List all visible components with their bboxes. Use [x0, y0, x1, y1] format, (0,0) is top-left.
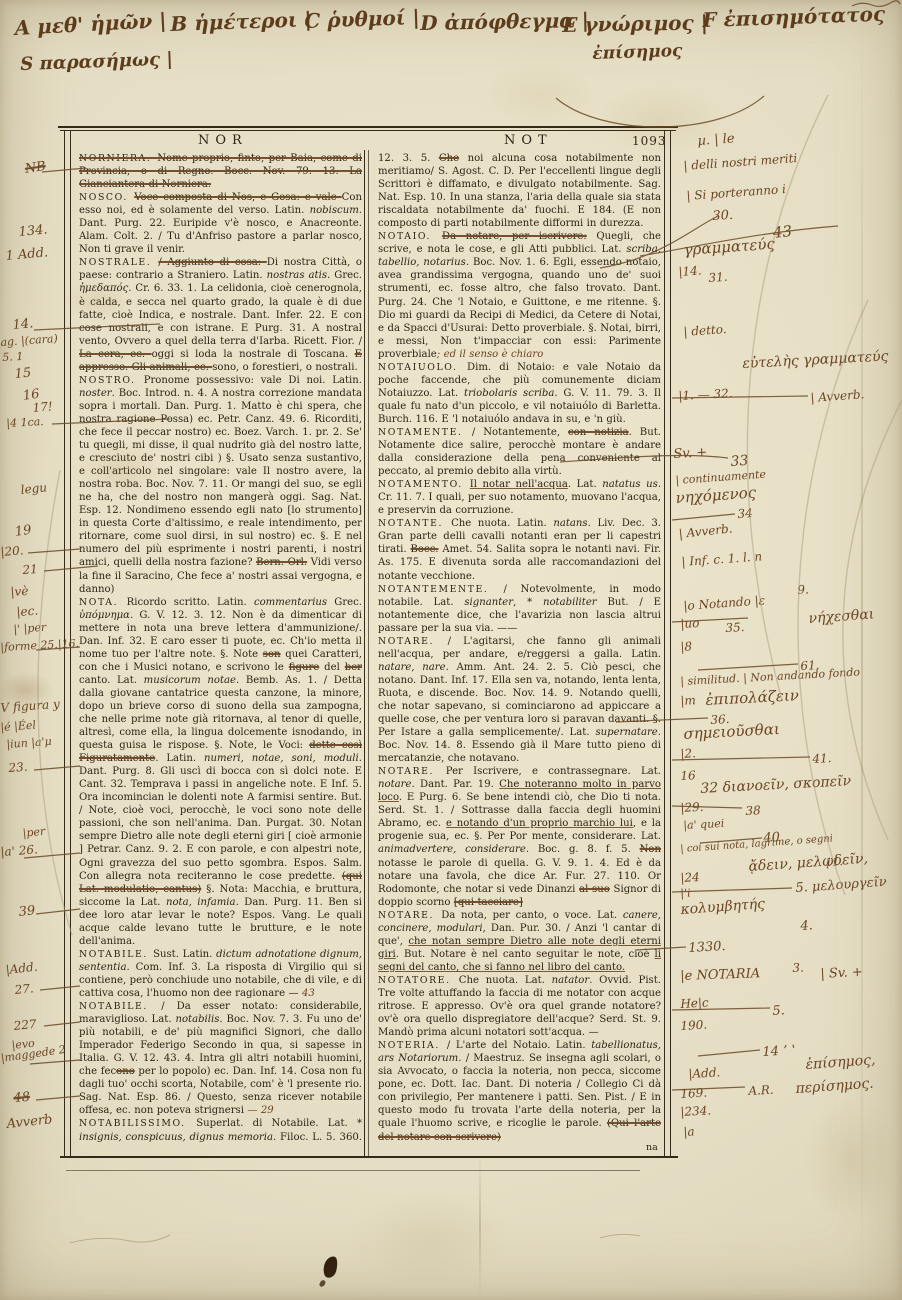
margin-note: ἐπίσημος — [592, 41, 683, 64]
margin-note: 5. — [772, 1003, 785, 1019]
margin-note: 43 — [772, 222, 793, 242]
margin-note: 4. — [800, 918, 813, 934]
margin-note: νηχόμενος — [675, 483, 757, 507]
margin-note: C ῥυθμοί | — [304, 5, 420, 33]
margin-note: | Inf. c. 1. l. n — [681, 549, 763, 569]
entry-text: nobiscum — [310, 205, 359, 216]
margin-note: 15 — [14, 366, 32, 382]
entry-text: al suo — [579, 884, 610, 895]
entry-text: nota, infamia — [166, 897, 236, 908]
entry-headword: NOSTRALE. — [79, 257, 158, 268]
entry-text: . But. Notare è nel canto seguitar le no… — [396, 949, 655, 960]
margin-note: |29. — [680, 800, 704, 815]
entry-headword: NOSCO. — [79, 192, 134, 203]
dictionary-entry: 12. 3. 5. Che noi alcuna cosa notabilmen… — [378, 152, 661, 230]
left-column: NORNIERA. Nome proprio, finto, per Baia,… — [79, 152, 362, 1144]
margin-note: 33 — [730, 453, 749, 470]
margin-note: 14 ʼ ʽ — [762, 1043, 796, 1060]
margin-note: Α μεθ' ἡμῶν | — [14, 8, 167, 40]
dictionary-entry: NOTANTEMENTE. / Notevolmente, in modo no… — [378, 583, 661, 635]
margin-note: νήχεσθαι — [808, 606, 875, 627]
margin-note: Ε γνώριμος | — [562, 10, 708, 37]
entry-headword: NORNIERA. — [79, 153, 157, 164]
entry-text: natator — [552, 975, 590, 986]
bottom-scribbles — [70, 1234, 640, 1243]
dictionary-entry: NOTATORE. Che nuota. Lat. natator. Ovvid… — [378, 974, 661, 1039]
margin-note: 21 — [22, 562, 38, 577]
entry-text: e notando d'un proprio marchio lui — [446, 818, 633, 829]
margin-note: |e NOTARIA — [680, 966, 760, 984]
entry-text: notare — [378, 779, 411, 790]
margin-note: A.R. — [748, 1083, 774, 1098]
margin-note: 14. — [12, 316, 34, 333]
margin-note: |a — [683, 1124, 695, 1139]
margin-note: |8 — [680, 639, 692, 654]
entry-text: — 29 — [247, 1105, 273, 1116]
margin-note: |a' quei — [683, 817, 725, 832]
dictionary-entry: NOTAMENTE. / Notantemente, con notizia. … — [378, 426, 661, 478]
dictionary-entry: NOTARE. / L'agitarsi, che fanno gli anim… — [378, 635, 661, 765]
dictionary-entry: NOTABILE. Sust. Latin. dictum adnotation… — [79, 948, 362, 1000]
entry-text: sono, o forestieri, o nostrali. — [212, 362, 357, 373]
margin-note: 16 — [680, 768, 696, 783]
entry-headword: NOTABILE. — [79, 949, 153, 960]
dictionary-entry: NOSTRALE. / Aggiunto di cosa: Di nostra … — [79, 256, 362, 373]
dictionary-entry: NOTAIO. Da notare, per iscrivere: Quegli… — [378, 230, 661, 360]
entry-text: 12. 3. 5. — [378, 153, 439, 164]
right-rule-outer — [670, 130, 671, 1158]
margin-note: ᾄδειν, μελῳδεῖν, — [748, 851, 868, 875]
entry-text: ono — [116, 1066, 135, 1077]
margin-note: |20. — [0, 543, 24, 559]
dictionary-entry: NOTA. Ricordo scritto. Latin. commentari… — [79, 596, 362, 948]
entry-text: musicorum notae — [144, 675, 236, 686]
entry-headword: NOTATORE. — [378, 975, 459, 986]
margin-note: 32 διανοεῖν, σκοπεῖν — [700, 773, 852, 797]
entry-text: Che nuota. Lat. — [459, 975, 552, 986]
entry-text: . Boc. g. 8. f. 5. — [526, 844, 640, 855]
margin-note: He|c — [680, 996, 709, 1011]
entry-text: Pronome possessivo: vale Di noi. Latin. — [144, 375, 362, 386]
entry-text: [qui tacciare] — [454, 897, 523, 908]
margin-note: 1330. — [688, 939, 726, 956]
entry-text: / Notantemente, — [472, 427, 568, 438]
margin-note: 5. μελουργεῖν — [795, 875, 887, 896]
entry-text: Da nota, per canto, o voce. Lat. — [441, 910, 623, 921]
entry-text: ber — [345, 662, 362, 673]
entry-text: natatus us — [602, 479, 658, 490]
margin-note: | detto. — [683, 322, 727, 339]
entry-text: . Dant. Par. 19. — [411, 779, 499, 790]
margin-note: Avverb — [6, 1112, 53, 1132]
margin-note: Sv. + — [673, 445, 708, 462]
entry-text: signanter — [464, 597, 513, 608]
margin-note: 19 — [14, 523, 32, 540]
right-rule-inner — [664, 130, 665, 1158]
entry-text: / L'arte del Notaio. Latin. — [447, 1040, 591, 1051]
entry-text: canto. Lat. — [79, 675, 144, 686]
margin-note: γραμματεύς — [683, 235, 775, 259]
entry-text: . Grec. — [327, 270, 362, 281]
entry-headword: NOTABILE. — [79, 1001, 161, 1012]
margin-note: |2. — [680, 746, 696, 761]
margin-note: κολυμβητής — [680, 896, 765, 918]
page-number: 1093 — [632, 134, 667, 148]
margin-note: 35. — [725, 620, 745, 635]
margin-note: ἐπίσημος, — [805, 1052, 876, 1073]
margin-note: 41. — [812, 751, 832, 766]
entry-text: notabiliter — [543, 597, 597, 608]
margin-note: |Add. — [5, 960, 38, 977]
entry-text: nostras atis — [267, 270, 327, 281]
entry-text: natans — [553, 518, 587, 529]
entry-text: ἡμεδαπός — [79, 283, 128, 294]
entry-text: Grec. — [327, 597, 362, 608]
entry-text: natare, nare — [378, 662, 446, 673]
margin-note: |24 — [680, 870, 700, 885]
margin-note: | Avverb. — [678, 521, 733, 541]
entry-headword: NOTARE. — [378, 910, 441, 921]
margin-note: | similitud. | Non andando fondo — [680, 666, 860, 688]
entry-headword: NOTARE. — [378, 766, 446, 777]
entry-headword: NOTANTEMENTE. — [378, 584, 503, 595]
margin-note: |Add. — [688, 1065, 721, 1081]
margin-note: ἐπιπολάζειν — [705, 686, 799, 709]
right-column: 12. 3. 5. Che noi alcuna cosa notabilmen… — [378, 152, 661, 1144]
entry-text: Il notar nell'acqua — [470, 479, 568, 490]
margin-note: | Si porteranno i — [686, 182, 786, 203]
entry-text: Voce composta di Nos, e Gosa: e vale — [134, 192, 341, 203]
margin-note: 30. — [712, 208, 733, 224]
crease-right — [861, 0, 863, 1300]
margin-note: |iun |a'μ — [6, 735, 52, 751]
margin-note: legu — [20, 480, 48, 497]
entry-text: numeri, notae, soni, moduli — [204, 753, 359, 764]
margin-note: NB — [24, 159, 47, 177]
crease-bottom-center — [479, 1150, 481, 1300]
margin-note: 227 — [13, 1017, 37, 1033]
dictionary-entry: NOTERIA. / L'arte del Notaio. Latin. tab… — [378, 1039, 661, 1143]
margin-note: 169. — [680, 1086, 707, 1101]
dictionary-entry: NOTARE. Da nota, per canto, o voce. Lat.… — [378, 909, 661, 974]
margin-note: 27. — [14, 981, 34, 997]
margin-note: 48 — [13, 1090, 31, 1106]
margin-note: |é |Éel — [0, 719, 36, 734]
margin-note: Β ἡμέτεροι | — [170, 7, 312, 36]
margin-note: 1 Add. — [5, 245, 49, 264]
dictionary-entry: NOTAMENTO. Il notar nell'acqua. Lat. nat… — [378, 478, 661, 517]
entry-headword: NOTAIUOLO. — [378, 362, 467, 373]
ink-blot — [322, 1255, 340, 1279]
entry-text: ; ed il senso è chiaro — [437, 349, 544, 360]
margin-note: περίσημος. — [795, 1076, 874, 1097]
entry-text: commentarius — [254, 597, 327, 608]
entry-text: noi alcuna cosa notabilmente non meritia… — [378, 153, 661, 229]
margin-note: | delli nostri meriti — [683, 151, 798, 173]
bottom-rule-light — [66, 1170, 640, 1171]
entry-headword: NOTAIO. — [378, 231, 442, 242]
margin-note: µ. | le — [697, 131, 735, 149]
margin-note: |4 1ca. — [6, 415, 44, 430]
dictionary-entry: NOSCO. Voce composta di Nos, e Gosa: e v… — [79, 191, 362, 256]
margin-note: 23. — [8, 760, 28, 775]
margin-note: |' |per — [13, 621, 47, 636]
entry-text: . Dant. Purg. 8. Gli uscì di bocca con s… — [79, 753, 362, 881]
margin-note: 3. — [792, 960, 804, 975]
margin-note: F ἐπισημότατος — [702, 2, 885, 32]
entry-text: insignis, conspicuus, dignus memoria — [79, 1132, 273, 1143]
entry-text: del — [319, 662, 344, 673]
bottom-rule-heavy — [60, 1156, 678, 1158]
entry-headword: NOTABILISSIMO. — [79, 1118, 196, 1129]
margin-note: ag. |(cara) — [0, 332, 58, 349]
entry-text: Bern. Orl. — [256, 557, 307, 568]
margin-note: 17! — [32, 399, 53, 415]
ink-blot-small — [319, 1279, 327, 1288]
margin-note: 31. — [708, 270, 728, 285]
entry-text: triobolaris scriba — [464, 388, 554, 399]
entry-text: / Aggiunto di cosa: — [158, 257, 266, 268]
entry-text: , * — [513, 597, 543, 608]
entry-headword: NOTERIA. — [378, 1040, 447, 1051]
margin-note: εὐτελὴς γραμματεύς — [742, 348, 889, 372]
margin-note: |per — [22, 825, 46, 840]
entry-text: supernatare — [595, 727, 657, 738]
margin-note: |m — [680, 693, 696, 708]
entry-text: con notizia — [568, 427, 629, 438]
margin-note: |forme 25.|16. — [0, 637, 79, 654]
entry-text: La cera, ec. — [79, 349, 152, 360]
dictionary-entry: NOTARE. Per Iscrivere, e contrassegnare.… — [378, 765, 661, 909]
entry-headword: NOTAMENTE. — [378, 427, 472, 438]
margin-note: |1. — 32. — [678, 386, 733, 403]
margin-note: 134. — [18, 222, 48, 239]
margin-note: |a' 26. — [0, 842, 38, 859]
entry-text: Sust. Latin. — [153, 949, 216, 960]
entry-text: . Boc. Introd. n. 4. A nostra correzione… — [79, 388, 362, 569]
running-head-right: NOT — [504, 133, 553, 148]
entry-text: Superlat. di Notabile. Lat. * — [196, 1118, 362, 1129]
margin-note: 190. — [680, 1018, 707, 1033]
dictionary-entry: NOTANTE. Che nuota. Latin. natans. Liv. … — [378, 517, 661, 582]
center-rule-a — [364, 150, 365, 1158]
entry-text: Che nuota. Latin. — [451, 518, 553, 529]
entry-text: notabilis — [175, 1014, 219, 1025]
margin-note: 5. 1 — [2, 350, 24, 364]
top-rule-light — [60, 130, 676, 131]
dictionary-entry: NOSTRO. Pronome possessivo: vale Di noi.… — [79, 374, 362, 596]
margin-note: S παρασήμως | — [20, 49, 173, 75]
entry-text: son — [263, 649, 281, 660]
entry-text: 43 — [302, 988, 315, 999]
margin-note: |'i — [680, 886, 691, 900]
margin-note: 38 — [745, 803, 761, 818]
entry-headword: NOSTRO. — [79, 375, 144, 386]
margin-note: |vè — [10, 584, 29, 599]
top-rule-heavy — [58, 126, 678, 128]
entry-text: . Lat. — [568, 479, 602, 490]
margin-note: |14. — [678, 263, 702, 279]
entry-headword: NOTANTE. — [378, 518, 451, 529]
margin-note: |ec. — [16, 603, 39, 618]
dictionary-entry: NOTAIUOLO. Dim. di Notaio: e vale Notaio… — [378, 361, 661, 426]
margin-note: σημειοῦσθαι — [683, 720, 780, 743]
center-rule-b — [368, 150, 369, 1158]
margin-note: 39 — [18, 903, 36, 920]
dictionary-entry: NORNIERA. Nome proprio, finto, per Baia,… — [79, 152, 362, 191]
running-head-left: NOR — [198, 133, 248, 148]
margin-note: | Avverb. — [810, 387, 865, 405]
entry-text: animadvertere, considerare — [378, 844, 526, 855]
margin-note: |maggede 2 — [0, 1043, 67, 1065]
entry-text: Non — [640, 844, 661, 855]
entry-text: Che — [439, 153, 459, 164]
entry-text: noster — [79, 388, 112, 399]
dictionary-entry: NOTABILISSIMO. Superlat. di Notabile. La… — [79, 1117, 362, 1144]
margin-note: V figura y — [0, 697, 60, 715]
margin-note: 9. — [797, 582, 809, 597]
margin-note: |uo — [680, 616, 700, 631]
margin-note: | coi sui nota, lagrime, o segni — [680, 833, 833, 855]
entry-text: . Latin. — [155, 753, 204, 764]
entry-text: ὑπόμνημα — [79, 610, 130, 621]
entry-text: figure — [289, 662, 320, 673]
entry-text: . Boc. Nov. 1. 6. Egli, essendo notaio, … — [378, 257, 661, 359]
dictionary-entry: NOTABILE. / Da esser notato: considerabi… — [79, 1000, 362, 1117]
entry-text: Per Iscrivere, e contrassegnare. Lat. — [446, 766, 661, 777]
margin-note: |234. — [680, 1103, 711, 1119]
manuscript-page: NOR NOT 1093 na NORNIERA. Nome proprio, … — [0, 0, 902, 1300]
margin-note: 34 — [737, 506, 753, 521]
entry-text: Da notare, per iscrivere: — [442, 231, 587, 242]
margin-note: | Sv. + — [820, 965, 863, 982]
margin-note: |o Notando |ε — [683, 593, 765, 613]
entry-text: oggi si loda la nostrale di Toscana. — [152, 349, 355, 360]
entry-headword: NOTA. — [79, 597, 127, 608]
entry-headword: NOTAMENTO. — [378, 479, 470, 490]
entry-text: Bocc. — [410, 544, 438, 555]
entry-headword: NOTARE. — [378, 636, 448, 647]
entry-text: Ricordo scritto. Latin. — [127, 597, 254, 608]
